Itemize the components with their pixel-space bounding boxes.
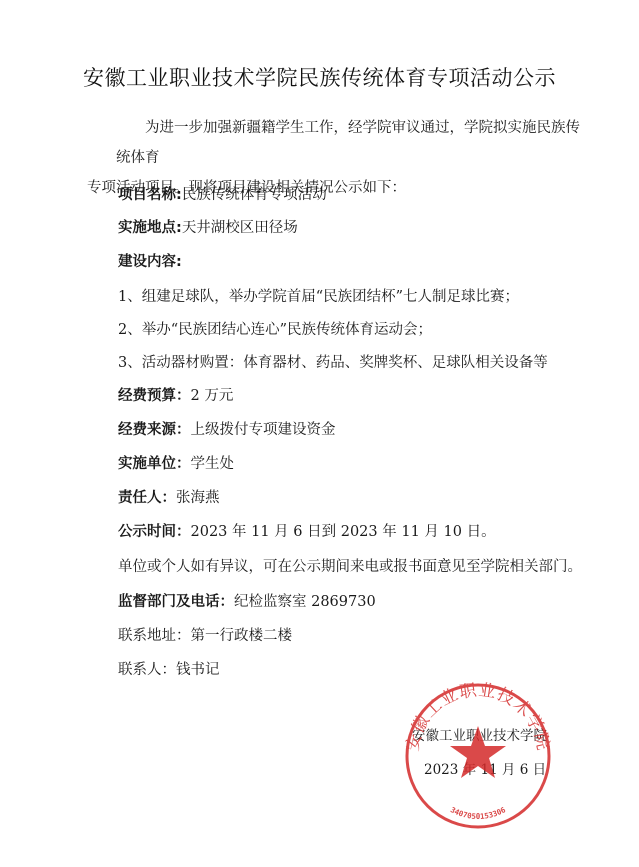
field-value: 纪检监察室 2869730 xyxy=(234,594,376,610)
field-label: 建设内容: xyxy=(118,254,182,270)
field-value: 张海燕 xyxy=(176,490,220,506)
content-item-1: 1、组建足球队，举办学院首届“民族团结杯”七人制足球比赛； xyxy=(118,285,519,306)
field-label: 实施单位： xyxy=(118,456,191,472)
field-supervision: 监督部门及电话：纪检监察室 2869730 xyxy=(118,590,376,611)
field-location: 实施地点:天井湖校区田径场 xyxy=(118,216,298,237)
field-value: 民族传统体育专项活动 xyxy=(182,187,327,203)
field-label: 责任人： xyxy=(118,490,176,506)
field-address: 联系地址：第一行政楼二楼 xyxy=(118,624,292,645)
field-funding-source: 经费来源：上级拨付专项建设资金 xyxy=(118,418,336,439)
field-implementing-unit: 实施单位：学生处 xyxy=(118,452,234,473)
field-publicity-period: 公示时间：2023 年 11 月 6 日到 2023 年 11 月 10 日。 xyxy=(118,520,496,541)
field-label: 联系人： xyxy=(118,662,176,678)
content-item-2: 2、举办“民族团结心连心”民族传统体育运动会； xyxy=(118,318,432,339)
field-contact: 联系人：钱书记 xyxy=(118,658,220,679)
intro-line-1: 为进一步加强新疆籍学生工作，经学院审议通过，学院拟实施民族传统体育 xyxy=(116,120,580,166)
field-value: 2023 年 11 月 6 日到 2023 年 11 月 10 日。 xyxy=(191,524,496,540)
field-value: 钱书记 xyxy=(176,662,220,678)
field-label: 监督部门及电话： xyxy=(118,594,234,610)
field-value: 2 万元 xyxy=(191,388,234,404)
field-content: 建设内容: xyxy=(118,250,182,271)
document-title: 安徽工业职业技术学院民族传统体育专项活动公示 xyxy=(0,62,639,92)
svg-text:3407050153306: 3407050153306 xyxy=(449,805,508,821)
field-label: 项目名称: xyxy=(118,187,182,203)
field-project-name: 项目名称:民族传统体育专项活动 xyxy=(118,183,327,204)
field-value: 天井湖校区田径场 xyxy=(182,220,298,236)
field-label: 经费来源： xyxy=(118,422,191,438)
stamp-serial: 3407050153306 xyxy=(449,805,508,821)
field-label: 经费预算： xyxy=(118,388,191,404)
field-value: 上级拨付专项建设资金 xyxy=(191,422,336,438)
field-value: 学生处 xyxy=(191,456,235,472)
objection-note: 单位或个人如有异议，可在公示期间来电或报书面意见至学院相关部门。 xyxy=(118,555,582,576)
signature-date: 2023 年 11 月 6 日 xyxy=(424,758,546,778)
signature-org: 安徽工业职业技术学院 xyxy=(412,724,547,744)
field-label: 实施地点: xyxy=(118,220,182,236)
field-responsible-person: 责任人：张海燕 xyxy=(118,486,220,507)
field-value: 第一行政楼二楼 xyxy=(191,628,293,644)
field-budget: 经费预算：2 万元 xyxy=(118,384,233,405)
field-label: 公示时间： xyxy=(118,524,191,540)
field-label: 联系地址： xyxy=(118,628,191,644)
content-item-3: 3、活动器材购置：体育器材、药品、奖牌奖杯、足球队相关设备等 xyxy=(118,351,548,372)
official-seal-stamp-icon: 安徽工业职业技术学院 3407050153306 xyxy=(404,682,552,830)
